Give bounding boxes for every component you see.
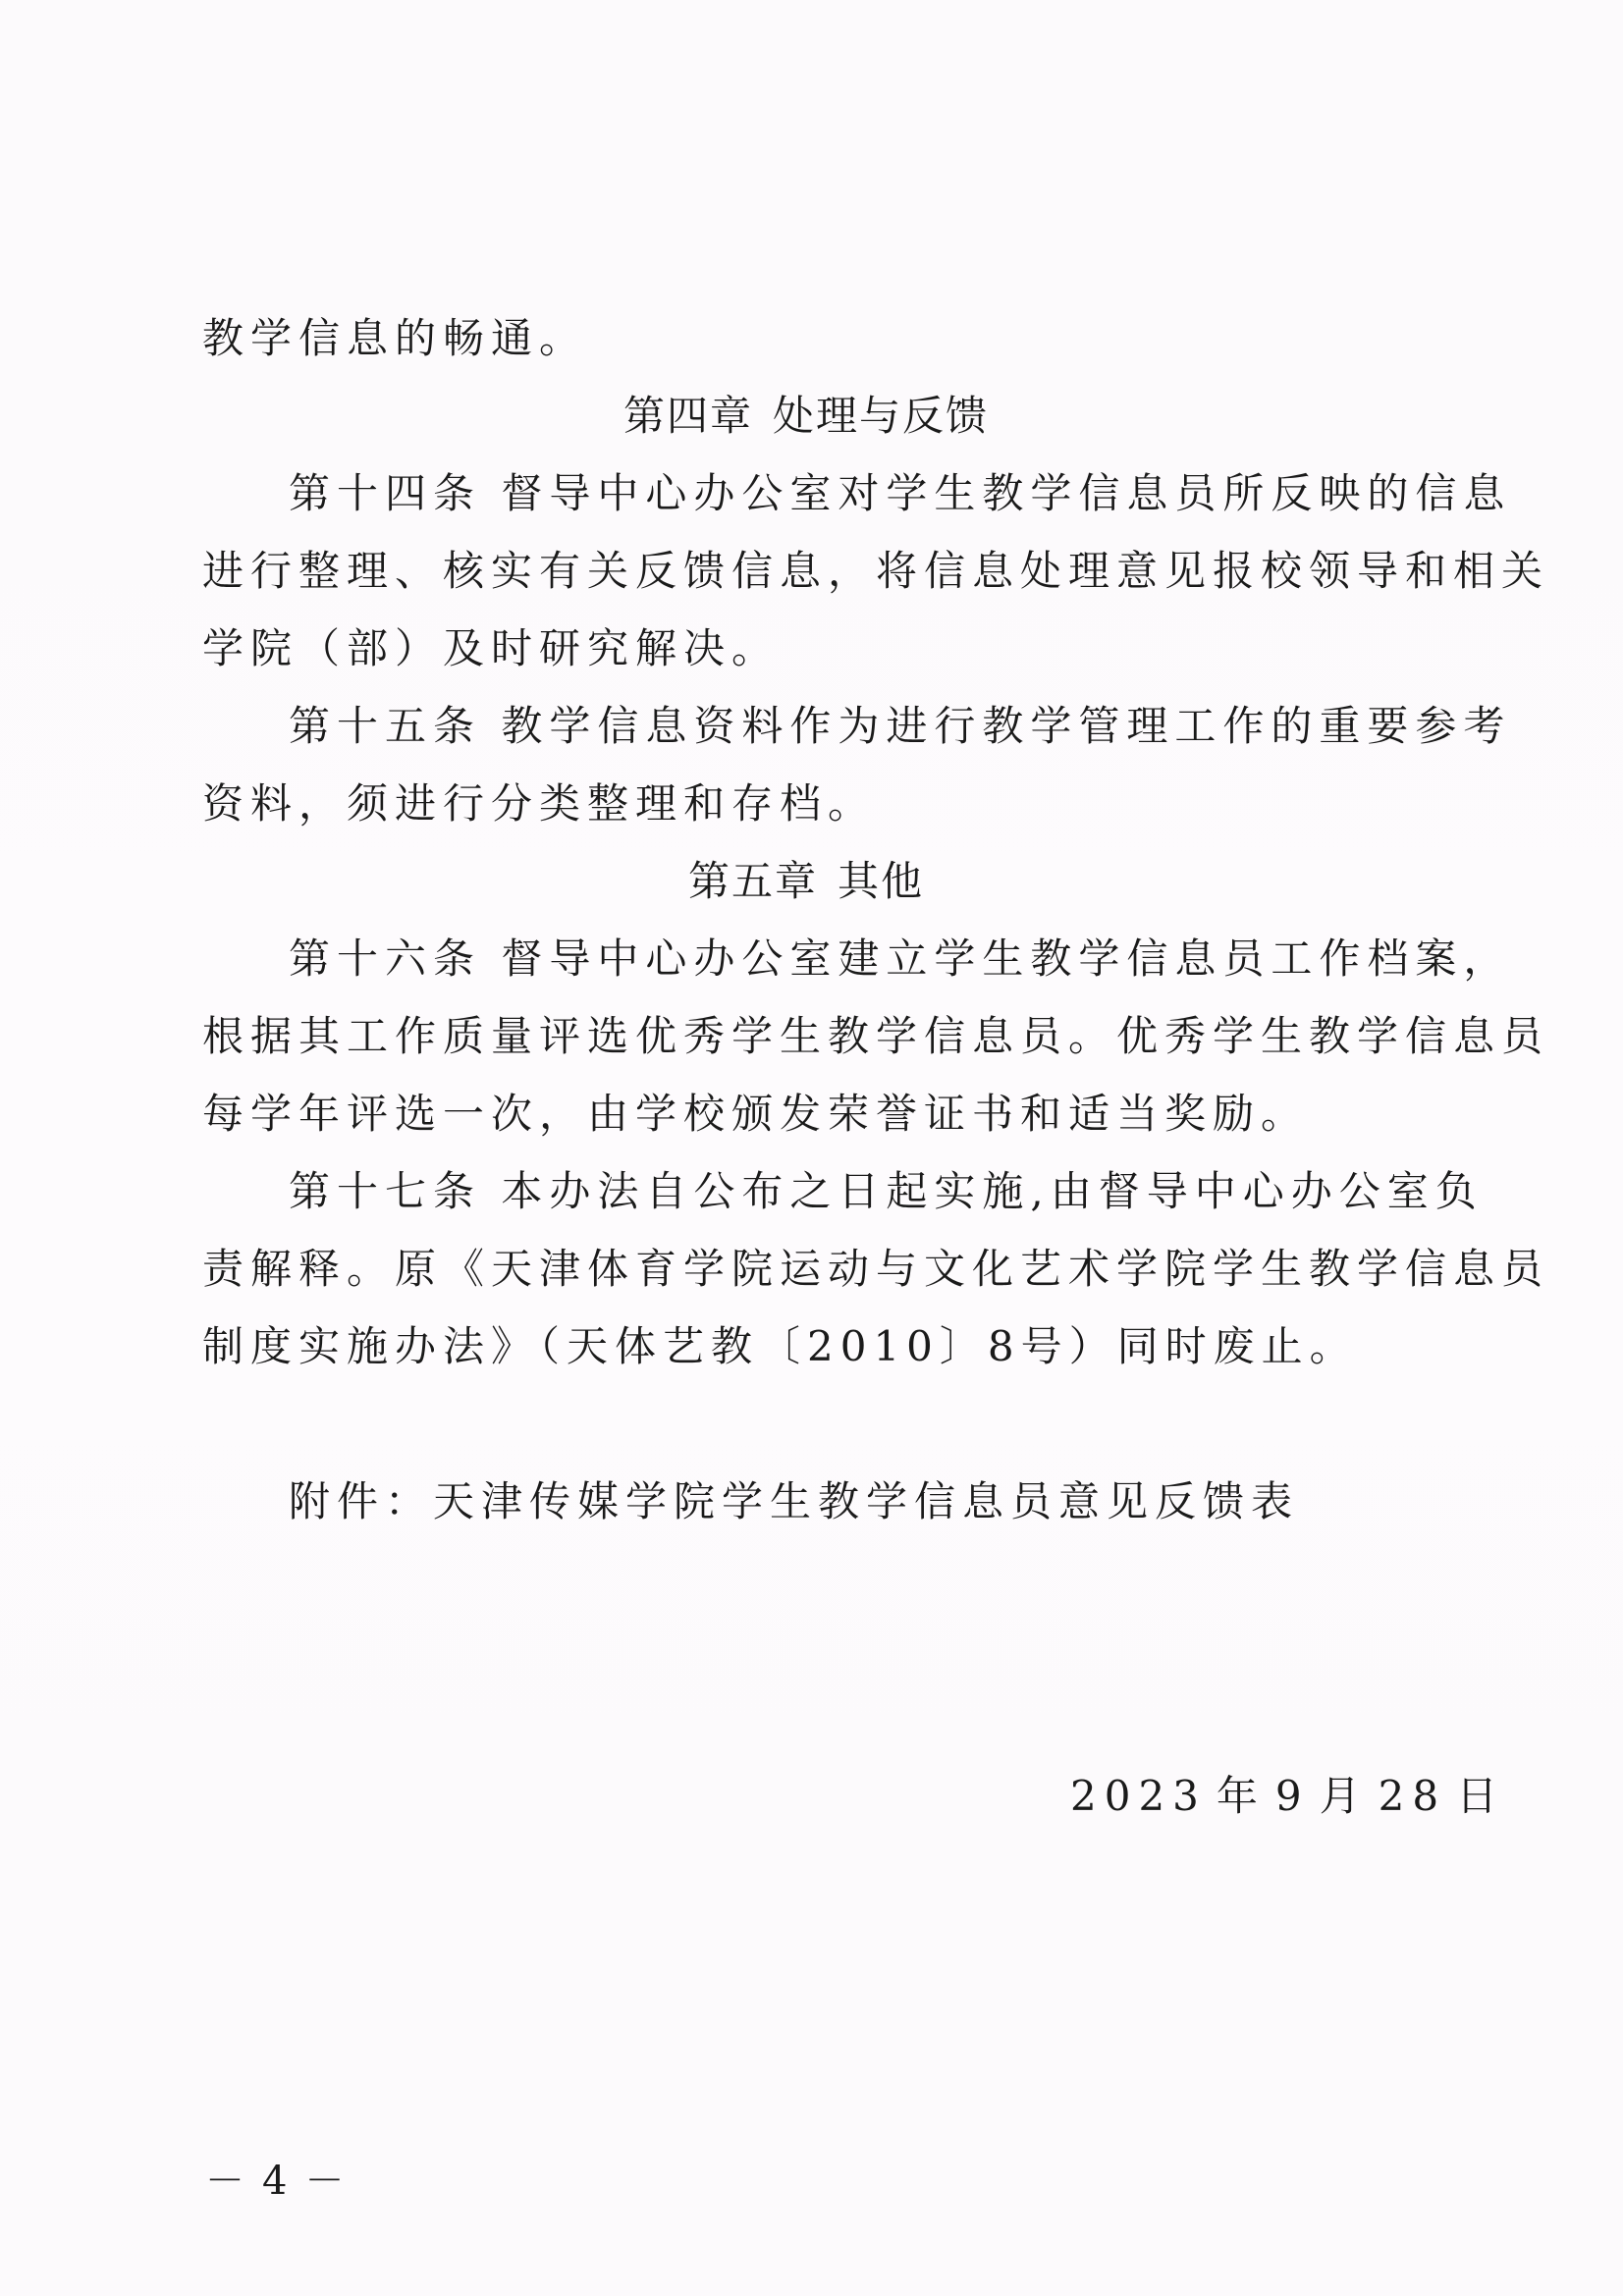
page-number-dash-left: － — [205, 2159, 250, 2204]
article-line: 制度实施办法》（天体艺教〔2010〕8号）同时废止。 — [202, 1308, 1410, 1385]
paragraph-tail: 教学信息的畅通。 — [202, 299, 1410, 377]
article-line: 每学年评选一次，由学校颁发荣誉证书和适当奖励。 — [202, 1075, 1410, 1152]
article-line: 第十五条 教学信息资料作为进行教学管理工作的重要参考 — [202, 687, 1410, 765]
article-14: 第十四条 督导中心办公室对学生教学信息员所反映的信息 进行整理、核实有关反馈信息… — [202, 454, 1410, 687]
issue-date: 2023年9月28日 — [1070, 1764, 1515, 1823]
date-day-unit: 日 — [1456, 1772, 1505, 1820]
date-year: 2023 — [1070, 1772, 1207, 1820]
article-17: 第十七条 本办法自公布之日起实施,由督导中心办公室负 责解释。原《天津体育学院运… — [202, 1152, 1410, 1385]
chapter-title: 处理与反馈 — [773, 377, 989, 454]
page-number-dash-right: － — [304, 2159, 350, 2204]
date-day: 28 — [1379, 1772, 1446, 1820]
page-number-value: 4 — [262, 2159, 293, 2204]
chapter-title: 其他 — [838, 842, 924, 920]
chapter-number: 第五章 — [688, 842, 818, 920]
document-page: 教学信息的畅通。 第四章处理与反馈 第十四条 督导中心办公室对学生教学信息员所反… — [0, 0, 1623, 2296]
article-line: 学院（部）及时研究解决。 — [202, 610, 1410, 687]
article-16: 第十六条 督导中心办公室建立学生教学信息员工作档案， 根据其工作质量评选优秀学生… — [202, 920, 1410, 1152]
article-line: 资料，须进行分类整理和存档。 — [202, 765, 1410, 842]
chapter-4-heading: 第四章处理与反馈 — [202, 377, 1410, 454]
article-line: 责解释。原《天津体育学院运动与文化艺术学院学生教学信息员 — [202, 1230, 1410, 1308]
blank-line — [202, 1385, 1410, 1463]
chapter-number: 第四章 — [623, 377, 753, 454]
page-number: －4－ — [199, 2150, 355, 2206]
date-year-unit: 年 — [1217, 1772, 1266, 1820]
article-line: 根据其工作质量评选优秀学生教学信息员。优秀学生教学信息员 — [202, 997, 1410, 1075]
article-line: 进行整理、核实有关反馈信息，将信息处理意见报校领导和相关 — [202, 532, 1410, 610]
article-15: 第十五条 教学信息资料作为进行教学管理工作的重要参考 资料，须进行分类整理和存档… — [202, 687, 1410, 842]
attachment-note: 附件：天津传媒学院学生教学信息员意见反馈表 — [202, 1463, 1410, 1540]
date-month: 9 — [1275, 1772, 1310, 1820]
date-month-unit: 月 — [1320, 1772, 1369, 1820]
chapter-5-heading: 第五章其他 — [202, 842, 1410, 920]
article-line: 第十七条 本办法自公布之日起实施,由督导中心办公室负 — [202, 1152, 1410, 1230]
article-line: 第十六条 督导中心办公室建立学生教学信息员工作档案， — [202, 920, 1410, 997]
article-line: 第十四条 督导中心办公室对学生教学信息员所反映的信息 — [202, 454, 1410, 532]
document-body: 教学信息的畅通。 第四章处理与反馈 第十四条 督导中心办公室对学生教学信息员所反… — [202, 299, 1410, 1540]
